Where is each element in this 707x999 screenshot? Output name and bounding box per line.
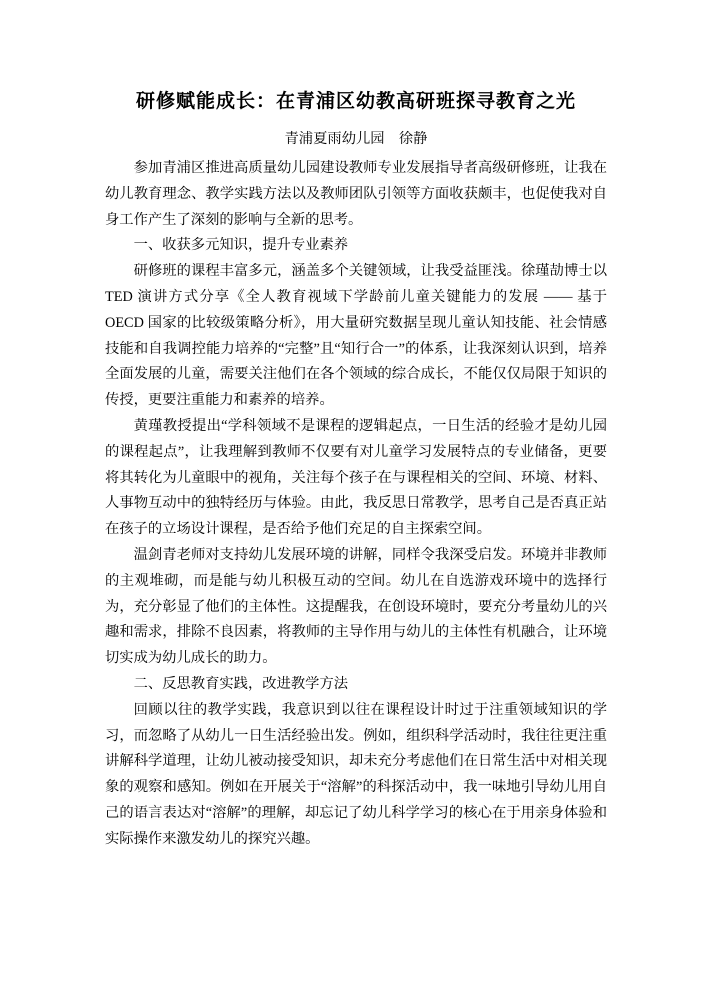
- body-paragraph-wen-jianqing: 温剑青老师对支持幼儿发展环境的讲解，同样令我深受启发。环境并非教师的主观堆砌，而…: [105, 543, 607, 672]
- body-paragraph-huang-jin: 黄瑾教授提出“学科领域不是课程的逻辑起点，一日生活的经验才是幼儿园的课程起点”，…: [105, 414, 607, 543]
- body-paragraph-reflection: 回顾以往的教学实践，我意识到以往在课程设计时过于注重领域知识的学习，而忽略了从幼…: [105, 698, 607, 853]
- body-paragraph-course-overview: 研修班的课程丰富多元，涵盖多个关键领域，让我受益匪浅。徐瑾劼博士以TED 演讲方…: [105, 259, 607, 414]
- section-heading-2: 二、反思教育实践，改进教学方法: [105, 672, 607, 698]
- document-page: 研修赋能成长：在青浦区幼教高研班探寻教育之光 青浦夏雨幼儿园 徐静 参加青浦区推…: [0, 0, 707, 999]
- section-heading-1: 一、收获多元知识，提升专业素养: [105, 233, 607, 259]
- document-byline: 青浦夏雨幼儿园 徐静: [105, 126, 607, 152]
- body-paragraph-intro: 参加青浦区推进高质量幼儿园建设教师专业发展指导者高级研修班，让我在幼儿教育理念、…: [105, 156, 607, 233]
- document-title: 研修赋能成长：在青浦区幼教高研班探寻教育之光: [105, 88, 607, 116]
- document-body: 参加青浦区推进高质量幼儿园建设教师专业发展指导者高级研修班，让我在幼儿教育理念、…: [105, 156, 607, 853]
